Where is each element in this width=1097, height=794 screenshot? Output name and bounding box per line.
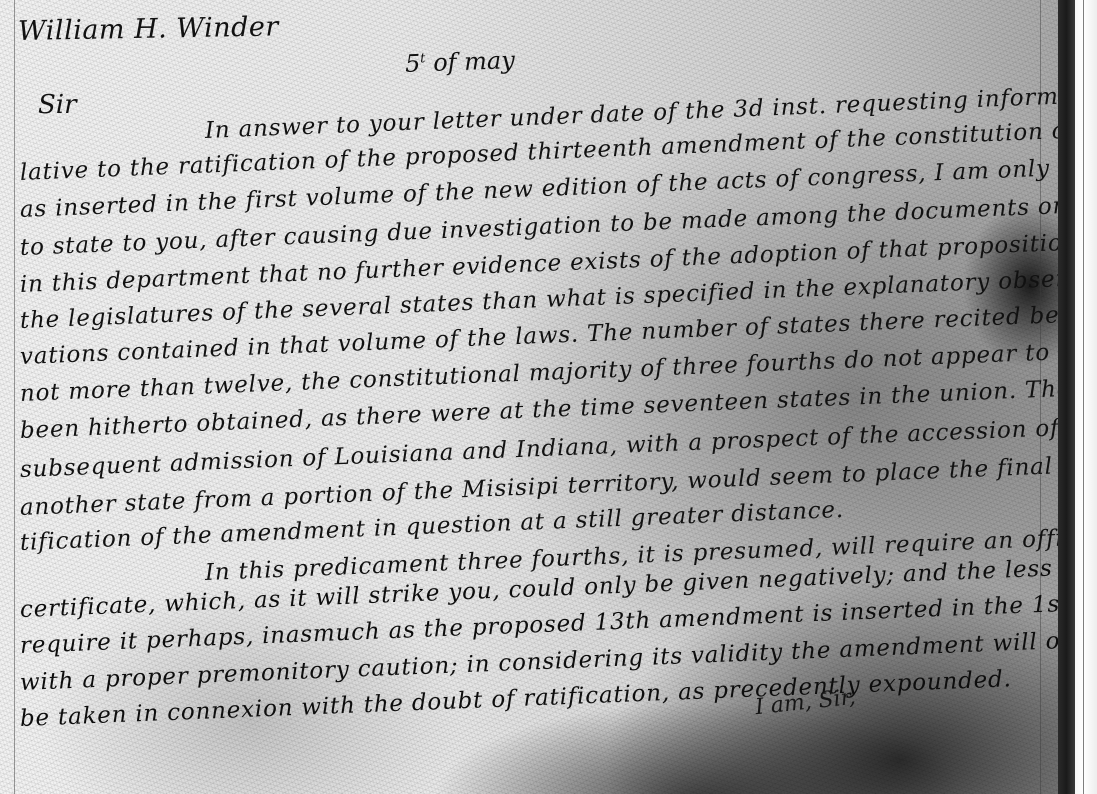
outer-edge-line: [1083, 0, 1084, 794]
scanned-letter-page: William H. Winder 5t of may Sir In answe…: [0, 0, 1060, 794]
binding-strip: [1058, 0, 1075, 794]
addressee-heading: William H. Winder: [18, 11, 279, 47]
date-month: of may: [433, 46, 516, 77]
date-day: 5: [405, 49, 421, 78]
date-line: 5t of may: [405, 46, 516, 78]
letter-content: William H. Winder 5t of may Sir In answe…: [0, 0, 1060, 794]
date-day-suffix: t: [420, 51, 426, 66]
outer-page-margin: [1075, 0, 1097, 794]
salutation: Sir: [38, 90, 77, 120]
